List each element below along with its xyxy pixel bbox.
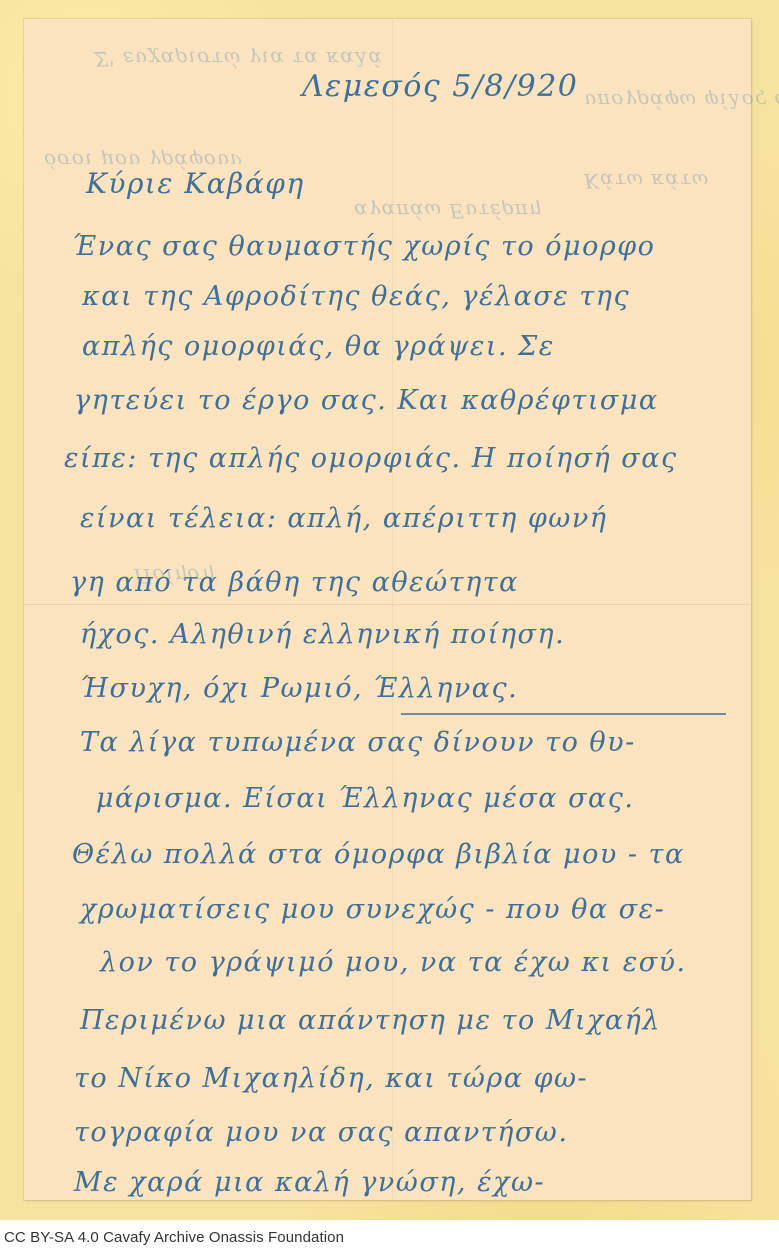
letter-line: γη από τα βάθη της αθεώτητα — [70, 567, 519, 598]
strike-overline — [401, 713, 726, 715]
license-credit: CC BY-SA 4.0 Cavafy Archive Onassis Foun… — [4, 1229, 344, 1246]
bleed-through-text: αγαπάω Ευτέρπη — [354, 199, 542, 223]
bleed-through-text: υπογράφω φίλος σας — [584, 89, 779, 113]
letter-line: το Νίκο Μιχαηλίδη, και τώρα φω- — [74, 1063, 588, 1094]
letter-line: απλής ομορφιάς, θα γράψει. Σε — [82, 331, 555, 362]
letter-line: είπε: της απλής ομορφιάς. Η ποίησή σας — [64, 443, 678, 474]
letter-line: Τα λίγα τυπωμένα σας δίνουν το θυ- — [80, 727, 636, 758]
letter-line: Θέλω πολλά στα όμορφα βιβλία μου - τα — [72, 839, 685, 870]
letter-line: ήχος. Αληθινή ελληνική ποίηση. — [80, 619, 565, 650]
letter-line: Περιμένω μια απάντηση με το Μιχαήλ — [80, 1005, 661, 1036]
bleed-through-text: Κάτω κάτω — [584, 169, 709, 193]
letter-line: Ένας σας θαυμαστής χωρίς το όμορφο — [72, 231, 655, 262]
letter-line: μάρισμα. Είσαι Έλληνας μέσα σας. — [96, 783, 634, 814]
letter-line: και της Αφροδίτης θεάς, γέλασε της — [82, 281, 630, 312]
letter-line: γητεύει το έργο σας. Και καθρέφτισμα — [74, 385, 659, 416]
credit-footer: CC BY-SA 4.0 Cavafy Archive Onassis Foun… — [0, 1220, 779, 1256]
letter-line: είναι τέλεια: απλή, απέριττη φωνή — [80, 503, 607, 534]
paper-fold-horizontal — [24, 604, 751, 605]
bleed-through-text: Σ' ευχαριστώ για τα καλά — [94, 47, 383, 71]
letter-line: Με χαρά μια καλή γνώση, έχω- — [74, 1167, 545, 1198]
salutation: Κύριε Καβάφη — [86, 167, 305, 200]
letter-sheet: Σ' ευχαριστώ για τα καλά υπογράφω φίλος … — [24, 19, 751, 1200]
letter-line: χρωματίσεις μου συνεχώς - που θα σε- — [80, 894, 665, 925]
letter-line: τογραφία μου να σας απαντήσω. — [74, 1117, 568, 1148]
place-date: Λεμεσός 5/8/920 — [302, 69, 578, 104]
letter-line: λον το γράψιμό μου, να τα έχω κι εσύ. — [100, 947, 687, 978]
letter-line: Ήσυχη, όχι Ρωμιό, Έλληνας. — [80, 673, 518, 704]
